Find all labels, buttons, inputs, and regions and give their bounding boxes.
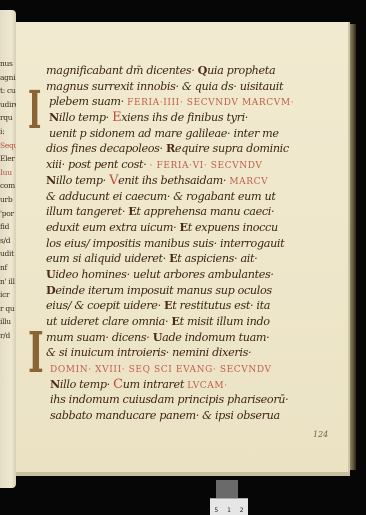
rubric-text: DOMIN· XVIII· SEQ SCI EVANG· SECVNDV xyxy=(50,365,272,375)
text-run: illo temp· xyxy=(60,378,113,391)
text-line: Nillo temp· Cum intraret LVCAM· xyxy=(46,377,278,393)
text-run: plebem suam· xyxy=(49,95,127,108)
page-stack-edge xyxy=(350,24,356,470)
text-line: magnus surrexit innobis· & quia ds· uisi… xyxy=(46,79,278,95)
text-run: eduxit eum extra uicum· xyxy=(46,221,180,234)
capital-letter: E xyxy=(171,314,179,328)
text-run: dios fines decapoleos· xyxy=(46,142,166,155)
text-run: eius/ & coepit uidere· xyxy=(46,299,164,312)
facing-page-edge: nusagnit: cuudirerqui:SequElerIuucomurb'… xyxy=(0,10,16,488)
facing-page-text-fragment: illu xyxy=(0,316,11,327)
text-run: t aspiciens· ait· xyxy=(177,252,257,265)
facing-page-text-fragment: n' ill xyxy=(0,276,15,287)
text-run: mum suam· dicens· xyxy=(46,331,153,344)
text-run: magnus surrexit innobis· & quia ds· uisi… xyxy=(46,80,283,93)
manuscript-text-block: magnificabant dm̄ dicentes· Quia prophet… xyxy=(46,63,278,424)
text-run: illo temp· xyxy=(56,174,109,187)
facing-page-text-fragment: r qu xyxy=(0,303,14,314)
gray-scale-patch xyxy=(216,480,238,498)
facing-page-text-fragment: icr xyxy=(0,289,9,300)
text-line: los eius/ impositis manibus suis· interr… xyxy=(46,236,278,252)
text-run: t expuens inoccu xyxy=(188,221,278,234)
capital-letter: N xyxy=(50,377,60,391)
facing-page-text-fragment: Iuu xyxy=(0,167,12,178)
facing-page-text-fragment: 'por xyxy=(0,208,14,219)
folio-number: 124 xyxy=(313,430,328,439)
facing-page-text-fragment: agni xyxy=(0,72,15,83)
facing-page-text-fragment: i: xyxy=(0,126,4,137)
text-run: uia propheta xyxy=(207,64,275,77)
facing-page-text-fragment: udire xyxy=(0,99,16,110)
capital-letter: C xyxy=(113,377,123,392)
text-line: DOMIN· XVIII· SEQ SCI EVANG· SECVNDV xyxy=(46,361,278,377)
text-line: uenit p sidonem ad mare galileae· inter … xyxy=(46,126,278,142)
text-run: magnificabant dm̄ dicentes· xyxy=(46,64,198,77)
decorated-initial-i-lower: I xyxy=(28,326,44,380)
capital-letter: E xyxy=(180,220,188,234)
facing-page-text-fragment: s/d xyxy=(0,235,10,246)
text-run: uenit p sidonem ad mare galileae· inter … xyxy=(49,127,279,140)
text-line: & si inuicum introieris· nemini dixeris· xyxy=(46,345,278,361)
text-run: ade indomum tuam· xyxy=(162,331,269,344)
text-run: illo temp· xyxy=(59,111,112,124)
text-line: Nillo temp· Exiens ihs de finibus tyri· xyxy=(46,110,278,126)
text-run: ihs indomum cuiusdam principis phariseor… xyxy=(50,393,288,406)
rubric-text: · FERIA·VI· SECVNDV xyxy=(150,161,263,171)
rubric-text: MARCV xyxy=(229,177,268,187)
capital-letter: R xyxy=(166,141,175,155)
text-line: & adducunt ei caecum· & rogabant eum ut xyxy=(46,189,278,205)
facing-page-text-fragment: fid xyxy=(0,221,9,232)
text-run: enit ihs bethsaidam· xyxy=(118,174,229,187)
text-line: Uideo homines· uelut arbores ambulantes· xyxy=(46,267,278,283)
text-run: & adducunt ei caecum· & rogabant eum ut xyxy=(46,190,276,203)
capital-letter: D xyxy=(46,283,55,297)
facing-page-text-fragment: Eler xyxy=(0,153,15,164)
facing-page-text-fragment: r/d xyxy=(0,330,10,341)
text-run: xiii· post pent cost· xyxy=(46,158,150,171)
capital-letter: N xyxy=(49,110,59,124)
text-line: sabbato manducare panem· & ipsi obseruа xyxy=(46,408,278,424)
text-line: eduxit eum extra uicum· Et expuens inocc… xyxy=(46,220,278,236)
text-line: mum suam· dicens· Uade indomum tuam· xyxy=(46,330,278,346)
facing-page-text-fragment: t: cu xyxy=(0,85,15,96)
text-line: ut uideret clare omnia· Et misit illum i… xyxy=(46,314,278,330)
text-run: eum si aliquid uideret· xyxy=(46,252,169,265)
text-line: dios fines decapoleos· Require supra dom… xyxy=(46,141,278,157)
facing-page-text-fragment: nf xyxy=(0,262,7,273)
color-ref-label: 1 xyxy=(227,507,231,514)
text-run: t restitutus est· ita xyxy=(172,299,270,312)
text-run: & si inuicum introieris· nemini dixeris· xyxy=(46,346,251,359)
text-run: xiens ihs de finibus tyri· xyxy=(121,111,248,124)
text-run: los eius/ impositis manibus suis· interr… xyxy=(46,237,284,250)
color-reference-card: 512 xyxy=(210,498,248,515)
text-line: eum si aliquid uideret· Et aspiciens· ai… xyxy=(46,251,278,267)
text-line: ihs indomum cuiusdam principis phariseor… xyxy=(46,392,278,408)
capital-letter: Q xyxy=(198,63,207,77)
facing-page-text-fragment: nus xyxy=(0,58,13,69)
text-run: equire supra dominic xyxy=(175,142,289,155)
text-run: ideo homines· uelut arbores ambulantes· xyxy=(55,268,273,281)
text-run: einde iterum imposuit manus sup oculos xyxy=(55,284,271,297)
decorated-initial-i: I xyxy=(28,88,41,134)
text-line: plebem suam· FERIA·IIII· SECVNDV MARCVM· xyxy=(46,94,278,110)
page-bottom-edge xyxy=(16,472,350,476)
capital-letter: U xyxy=(153,330,162,344)
facing-page-text-fragment: rqu xyxy=(0,112,12,123)
text-line: illum tangeret· Et apprehensa manu caeci… xyxy=(46,204,278,220)
capital-letter: E xyxy=(164,298,172,312)
text-line: eius/ & coepit uidere· Et restitutus est… xyxy=(46,298,278,314)
color-ref-label: 2 xyxy=(240,507,244,514)
capital-letter: E xyxy=(112,110,121,125)
capital-letter: U xyxy=(46,267,55,281)
text-line: xiii· post pent cost· · FERIA·VI· SECVND… xyxy=(46,157,278,173)
text-line: magnificabant dm̄ dicentes· Quia prophet… xyxy=(46,63,278,79)
capital-letter: N xyxy=(46,173,56,187)
text-run: sabbato manducare panem· & ipsi obseruа xyxy=(50,409,280,422)
facing-page-text-fragment: Sequ xyxy=(0,140,16,151)
text-run: illum tangeret· xyxy=(46,205,128,218)
facing-page-text-fragment: com xyxy=(0,180,15,191)
text-line: Deinde iterum imposuit manus sup oculos xyxy=(46,283,278,299)
rubric-text: LVCAM· xyxy=(187,381,227,391)
text-line: Nillo temp· Venit ihs bethsaidam· MARCV xyxy=(46,173,278,189)
text-run: ut uideret clare omnia· xyxy=(46,315,171,328)
text-run: um intraret xyxy=(123,378,188,391)
text-run: t apprehensa manu caeci· xyxy=(136,205,274,218)
color-ref-label: 5 xyxy=(214,507,218,514)
capital-letter: V xyxy=(109,173,118,188)
facing-page-text-fragment: urb xyxy=(0,194,12,205)
rubric-text: FERIA·IIII· SECVNDV MARCVM· xyxy=(127,98,294,108)
text-run: t misit illum indo xyxy=(180,315,270,328)
facing-page-text-fragment: udit xyxy=(0,248,14,259)
